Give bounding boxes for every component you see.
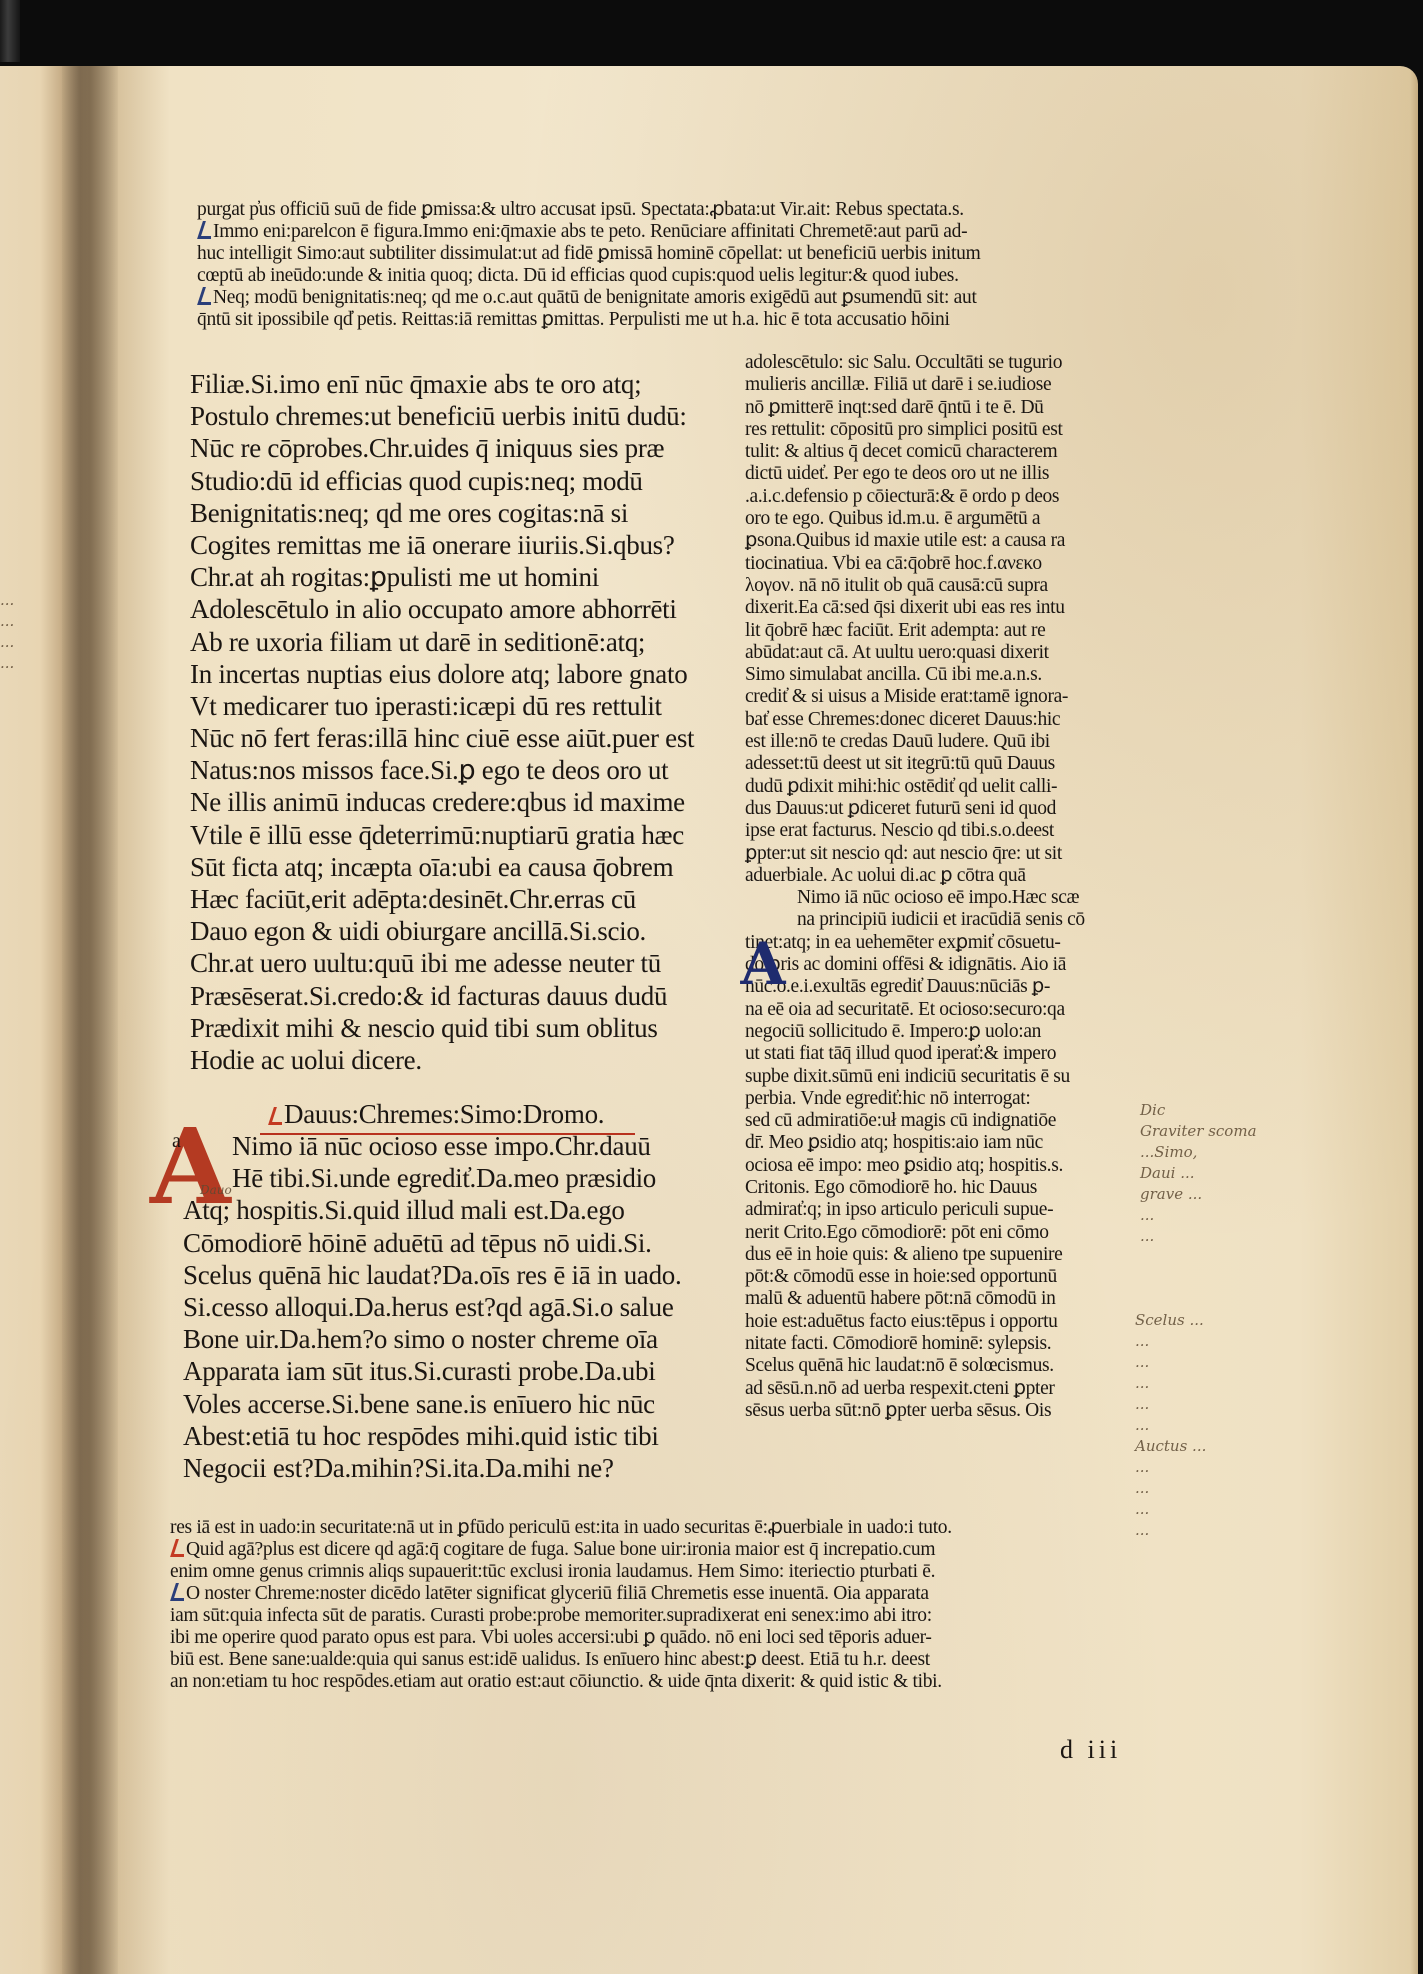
commentary-line: res rettulit: cōpositū pro simplici posi…: [745, 419, 1140, 441]
verse-line: Chr.at uero uultu:quū ibi me adesse neut…: [190, 947, 730, 979]
commentary-line: nitate facti. Cōmodiorē hominē: sylepsis…: [745, 1333, 1140, 1355]
commentary-line: Quid agā?plus est dicere qd agā:q̄ cogit…: [170, 1539, 1130, 1561]
verse-line: In incertas nuptias eius dolore atq; lab…: [190, 658, 730, 690]
commentary-line: malū & aduentū habere pōt:nā cōmodū in: [745, 1288, 1140, 1310]
commentary-line: huc intelligit Simo:aut subtiliter dissi…: [197, 243, 1147, 265]
commentary-line: dus eē in hoie quis: & alieno tpe supuen…: [745, 1244, 1140, 1266]
right-commentary-column: adolescētulo: sic Salu. Occultāti se tug…: [745, 352, 1140, 1422]
commentary-line: λογον. nā nō itulit ob quā causā:cū supr…: [745, 575, 1140, 597]
commentary-line: ad sēsū.n.nō ad uerba respexit.cteni ꝑpt…: [745, 1378, 1140, 1400]
commentary-line: res iā est in uado:in securitate:nā ut i…: [170, 1517, 1130, 1539]
verse-line: Filiæ.Si.imo enī nūc q̄maxie abs te oro …: [190, 368, 730, 400]
paragraph-mark-icon: [197, 287, 211, 305]
commentary-line: dudū ꝑdixit mihi:hic ostēdit̓ qd uelit c…: [745, 776, 1140, 798]
verse-line: Hē tibi.Si.unde egredit̓.Da.meo præsidio: [175, 1162, 715, 1194]
verse-line: Benignitatis:neq; qd me ores cogitas:nā …: [190, 497, 730, 529]
commentary-line: nerit Crito.Ego cōmodiorē: pōt eni cōmo: [745, 1222, 1140, 1244]
commentary-line: Immo eni:parelcon ē figura.Immo eni:q̄ma…: [197, 221, 1147, 243]
commentary-line: biū est. Bene sane:ualde:quia qui sanus …: [170, 1649, 1130, 1671]
commentary-line: enim omne genus crimnis aliqs supauerit:…: [170, 1561, 1130, 1583]
paragraph-mark-icon: [197, 221, 211, 239]
commentary-line: dictū uidet̓. Per ego te deos oro ut ne …: [745, 463, 1140, 485]
commentary-line: lit q̄obrē hæc faciūt. Erit adempta: aut…: [745, 620, 1140, 642]
commentary-line: nūc.o.e.i.exultās egredit̓ Dauus:nūciās …: [745, 976, 1140, 998]
blue-initial-letter: A: [735, 935, 791, 991]
commentary-line: sed cū admiratiōe:uł magis cū indignatiō…: [745, 1110, 1140, 1132]
verse-line: Apparata iam sūt itus.Si.curasti probe.D…: [175, 1355, 715, 1387]
scene-verse-block: Nimo iā nūc ocioso esse impo.Chr.dauū Hē…: [175, 1130, 715, 1484]
commentary-line: dr̄. Meo ꝑsidio atq; hospitis:aio iam nū…: [745, 1132, 1140, 1154]
verse-line: Præsēserat.Si.credo:& id facturas dauus …: [190, 980, 730, 1012]
commentary-line: Critonis. Ego cōmodiorē ho. hic Dauus: [745, 1177, 1140, 1199]
commentary-line: hoie est:aduētus facto eius:tēpus i oppo…: [745, 1311, 1140, 1333]
commentary-line: credit̓ & si uisus a Miside erat:tamē ig…: [745, 686, 1140, 708]
bottom-commentary: res iā est in uado:in securitate:nā ut i…: [170, 1517, 1130, 1693]
top-commentary: purgat p̓us officiū suū de fide ꝑmissa:&…: [197, 199, 1147, 331]
commentary-line: ibi me operire quod parato opus est para…: [170, 1627, 1130, 1649]
verse-line: Chr.at ah rogitas:ꝑpulisti me ut homini: [190, 561, 730, 593]
marginalia-interlinear: Dauo: [200, 1180, 232, 1201]
gutter-fold: [62, 66, 118, 1974]
commentary-line: an non:etiam tu hoc respōdes.etiam aut o…: [170, 1671, 1130, 1693]
verse-line: Adolescētulo in alio occupato amore abho…: [190, 593, 730, 625]
commentary-line: aduerbiale. Ac uolui di.ac ꝑ cōtra quā: [745, 865, 1140, 887]
verse-line: Hæc faciūt,erit adēpta:desinēt.Chr.erras…: [190, 883, 730, 915]
commentary-line: q̄ntū sit ipossibile qd̓ petis. Reittas:…: [197, 309, 1147, 331]
verse-line: Nimo iā nūc ocioso esse impo.Chr.dauū: [175, 1130, 715, 1162]
commentary-line: .a.i.c.defensio p cōiecturā:& ē ordo p d…: [745, 486, 1140, 508]
verse-line: Sūt ficta atq; incæpta oīa:ubi ea causa …: [190, 851, 730, 883]
verse-line: Si.cesso alloqui.Da.herus est?qd agā.Si.…: [175, 1291, 715, 1323]
commentary-line: tulit: & altius q̄ decet comicū characte…: [745, 441, 1140, 463]
verse-line: Nūc nō fert feras:illā hinc ciuē esse ai…: [190, 722, 730, 754]
verse-line: Ne illis animū inducas credere:qbus id m…: [190, 786, 730, 818]
commentary-line: ut stati fiat tāq̄ illud quod iperat̓:& …: [745, 1043, 1140, 1065]
commentary-line: purgat p̓us officiū suū de fide ꝑmissa:&…: [197, 199, 1147, 221]
marginalia-right-upper: Dic Graviter scoma ...Simo, Daui ... gra…: [1140, 1100, 1257, 1247]
verse-line: Natus:nos missos face.Si.ꝑ ego te deos o…: [190, 754, 730, 786]
commentary-line: nō ꝑmitterē inqt:sed darē q̄ntū i te ē. …: [745, 397, 1140, 419]
commentary-line: adolescētulo: sic Salu. Occultāti se tug…: [745, 352, 1140, 374]
commentary-line: ipse erat facturus. Nescio qd tibi.s.o.d…: [745, 820, 1140, 842]
commentary-line: negociū sollicitudo ē. Impero:ꝑ uolo:an: [745, 1021, 1140, 1043]
commentary-line: est ille:nō te credas Dauū ludere. Quū i…: [745, 731, 1140, 753]
commentary-line: dixerit.Ea cā:sed q̄si dixerit ubi eas r…: [745, 597, 1140, 619]
paragraph-mark-icon: [170, 1539, 184, 1557]
verse-line: Dauo egon & uidi obiurgare ancillā.Si.sc…: [190, 915, 730, 947]
scene-heading: Dauus:Chremes:Simo:Dromo.: [268, 1098, 604, 1130]
folio-signature: d iii: [1060, 1735, 1121, 1765]
verse-line: Vtile ē illū esse q̄deterrimū:nuptiarū g…: [190, 819, 730, 851]
commentary-line: tiocinatiua. Vbi ea cā:q̄obrē hoc.f.ανεκ…: [745, 553, 1140, 575]
commentary-line: mulieris ancillæ. Filiā ut darē i se.iud…: [745, 374, 1140, 396]
commentary-line: pōt:& cōmodū esse in hoie:sed opportunū: [745, 1266, 1140, 1288]
commentary-line: O noster Chreme:noster dicēdo latēter si…: [170, 1583, 1130, 1605]
commentary-line: sēsus uerba sūt:nō ꝑpter uerba sēsus. Oi…: [745, 1400, 1140, 1422]
verse-line: Vt medicarer tuo iperasti:icæpi dū res r…: [190, 690, 730, 722]
verse-text-block: Filiæ.Si.imo enī nūc q̄maxie abs te oro …: [190, 368, 730, 1076]
verse-line: Nūc re cōprobes.Chr.uides q̄ iniquus sie…: [190, 432, 730, 464]
verse-line: Negocii est?Da.mihin?Si.ita.Da.mihi ne?: [175, 1452, 715, 1484]
commentary-line: Simo simulabat ancilla. Cū ibi me.a.n.s.: [745, 664, 1140, 686]
commentary-line: bat̓ esse Chremes:donec diceret Dauus:hi…: [745, 709, 1140, 731]
commentary-line: ꝑsona.Quibus id maxie utile est: a causa…: [745, 530, 1140, 552]
verse-line: Studio:dū id efficias quod cupis:neq; mo…: [190, 465, 730, 497]
verse-line: Hodie ac uolui dicere.: [190, 1044, 730, 1076]
commentary-line: dus Dauus:ut ꝑdiceret futurū seni id quo…: [745, 798, 1140, 820]
commentary-line: do ꝑris ac domini offēsi & idignātis. Ai…: [745, 954, 1140, 976]
commentary-line: Scelus quēnā hic laudat:nō ē solœcismus.: [745, 1355, 1140, 1377]
commentary-line: ociosa eē impo: meo ꝑsidio atq; hospitis…: [745, 1155, 1140, 1177]
commentary-line: cœptū ab ineūdo:unde & initia quoq; dict…: [197, 265, 1147, 287]
commentary-line: oro te ego. Quibus id.m.u. ē argumētū a: [745, 508, 1140, 530]
verse-line: Bone uir.Da.hem?o simo o noster chreme o…: [175, 1323, 715, 1355]
marginalia-left: ... ... ... ...: [0, 590, 14, 674]
commentary-line: iam sūt:quia infecta sūt de paratis. Cur…: [170, 1605, 1130, 1627]
commentary-line: na eē oia ad securitatē. Et ocioso:secur…: [745, 999, 1140, 1021]
commentary-line: abūdat:aut cā. At uultu uero:quasi dixer…: [745, 642, 1140, 664]
commentary-line: na principiū iudicii et iracūdiā senis c…: [745, 909, 1140, 931]
commentary-line: ꝑpter:ut sit nescio qd: aut nescio q̄re:…: [745, 843, 1140, 865]
book-binding-edge: [0, 0, 20, 62]
verse-line: Abest:etiā tu hoc respōdes mihi.quid ist…: [175, 1420, 715, 1452]
commentary-line: tinet:atq; in ea uehemēter exꝑmit̓ cōsue…: [745, 932, 1140, 954]
verse-line: Prædixit mihi & nescio quid tibi sum obl…: [190, 1012, 730, 1044]
verse-line: Cōmodiorē hōinē aduētū ad tēpus nō uidi.…: [175, 1227, 715, 1259]
verse-line: Voles accerse.Si.bene sane.is enīuero hi…: [175, 1388, 715, 1420]
commentary-line: Nimo iā nūc ocioso eē impo.Hæc scæ: [745, 887, 1140, 909]
marginalia-right-lower: Scelus ... ... ... ... ... ... Auctus ..…: [1135, 1310, 1206, 1541]
commentary-line: supbe dixit.sūmū eni indiciū securitatis…: [745, 1066, 1140, 1088]
paragraph-mark-icon: [268, 1107, 282, 1125]
commentary-line: adesset:tū deest ut sit itegrū:tū quū Da…: [745, 753, 1140, 775]
commentary-line: perbia. Vnde egredit̓:hic nō interrogat:: [745, 1088, 1140, 1110]
commentary-line: admirat̓:q; in ipso articulo periculi su…: [745, 1199, 1140, 1221]
verse-line: Ab re uxoria filiam ut darē in seditionē…: [190, 626, 730, 658]
verse-line: Atq; hospitis.Si.quid illud mali est.Da.…: [175, 1194, 715, 1226]
verse-line: Scelus quēnā hic laudat?Da.oīs res ē iā …: [175, 1259, 715, 1291]
paragraph-mark-icon: [170, 1583, 184, 1601]
commentary-line: Neq; modū benignitatis:neq; qd me o.c.au…: [197, 287, 1147, 309]
verse-line: Postulo chremes:ut beneficiū uerbis init…: [190, 400, 730, 432]
verse-line: Cogites remittas me iā onerare iiuriis.S…: [190, 529, 730, 561]
